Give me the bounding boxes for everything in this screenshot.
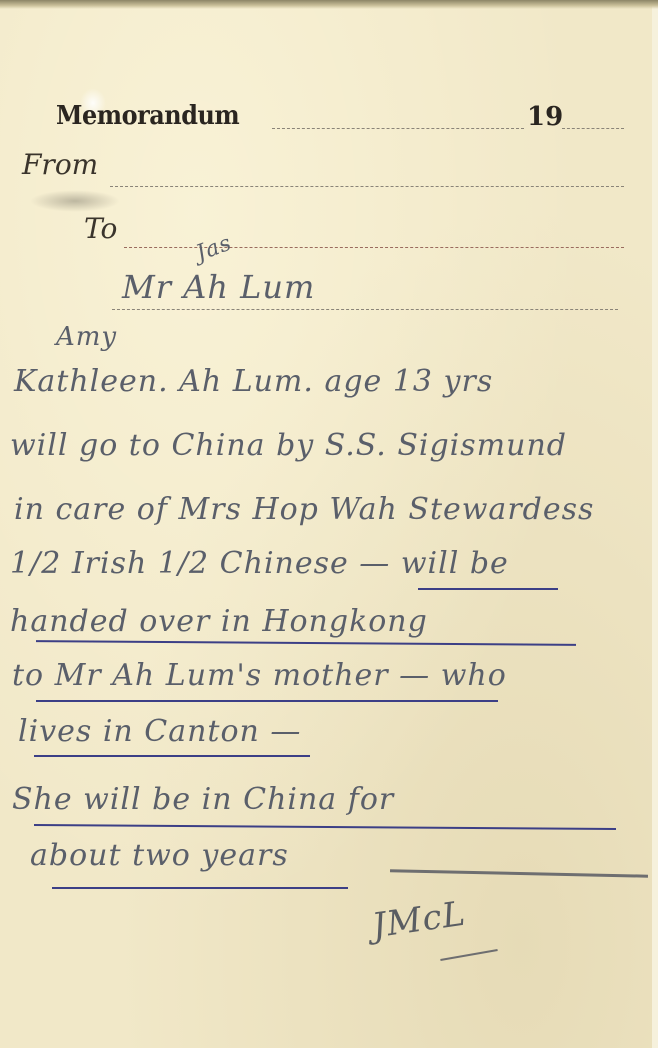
year-line xyxy=(562,128,624,129)
body-line: handed over in Hongkong xyxy=(10,604,428,639)
memo-title: Memorandum xyxy=(56,101,239,131)
body-line: about two years xyxy=(30,838,289,873)
body-line: lives in Canton — xyxy=(18,714,301,749)
body-line: She will be in China for xyxy=(12,782,394,817)
underline-will-be xyxy=(418,588,558,590)
to-label: To xyxy=(84,212,117,245)
paper-top-edge xyxy=(0,0,658,9)
body-line: to Mr Ah Lum's mother — who xyxy=(12,658,507,693)
addressee-name: Mr Ah Lum xyxy=(122,268,315,306)
body-line: 1/2 Irish 1/2 Chinese — will be xyxy=(10,546,509,581)
body-line: in care of Mrs Hop Wah Stewardess xyxy=(14,492,594,527)
body-line: Kathleen. Ah Lum. age 13 yrs xyxy=(14,364,493,399)
paper-right-margin xyxy=(652,0,658,1048)
body-line: Amy xyxy=(56,322,117,352)
body-line: will go to China by S.S. Sigismund xyxy=(10,428,567,463)
ink-smudge xyxy=(30,190,120,212)
date-line xyxy=(272,128,524,129)
underline-two-years xyxy=(52,887,348,889)
from-line xyxy=(110,186,624,187)
year-prefix: 19 xyxy=(527,102,563,132)
addressee-line xyxy=(112,309,618,310)
underline-canton xyxy=(34,755,310,757)
from-label: From xyxy=(22,148,98,181)
underline-mother xyxy=(36,700,498,702)
